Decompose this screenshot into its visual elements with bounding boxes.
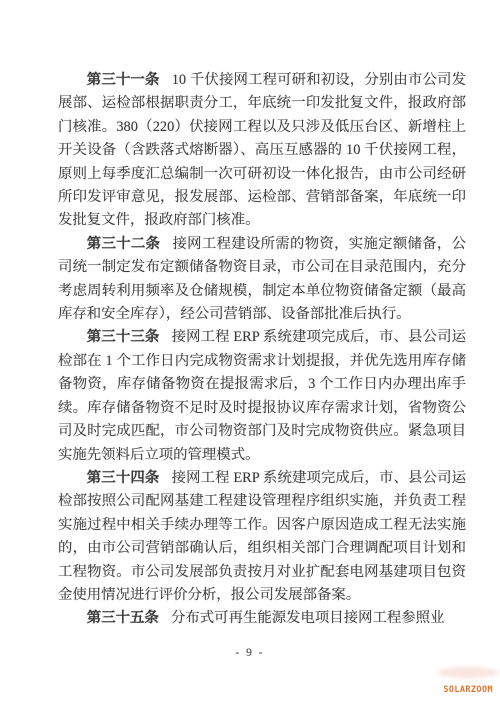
- article-paragraph-33: 第三十三条接网工程 ERP 系统建项完成后，市、县公司运检部在 1 个工作日内完…: [58, 326, 466, 466]
- article-text: 10 千伏接网工程可研和初设，分别由市公司发展部、运检部根据职责分工，年底统一印…: [58, 72, 466, 228]
- solarzoom-watermark: SOLARZOOM: [443, 685, 493, 695]
- article-paragraph-34: 第三十四条接网工程 ERP 系统建项完成后，市、县公司运检部按照公司配网基建工程…: [58, 467, 466, 607]
- article-paragraph-35: 第三十五条分布式可再生能源发电项目接网工程参照业: [58, 607, 466, 630]
- article-paragraph-32: 第三十二条接网工程建设所需的物资，实施定额储备，公司统一制定发布定额储备物资目录…: [58, 233, 466, 327]
- scan-artifact: [437, 667, 499, 678]
- document-page: 第三十一条10 千伏接网工程可研和初设，分别由市公司发展部、运检部根据职责分工，…: [0, 0, 500, 706]
- article-text: 接网工程 ERP 系统建项完成后，市、县公司运检部在 1 个工作日内完成物资需求…: [58, 329, 466, 462]
- article-text: 分布式可再生能源发电项目接网工程参照业: [171, 610, 444, 626]
- document-body: 第三十一条10 千伏接网工程可研和初设，分别由市公司发展部、运检部根据职责分工，…: [58, 69, 466, 631]
- article-number: 第三十五条: [87, 610, 159, 626]
- article-number: 第三十三条: [87, 329, 160, 345]
- article-number: 第三十四条: [87, 470, 160, 486]
- article-paragraph-31: 第三十一条10 千伏接网工程可研和初设，分别由市公司发展部、运检部根据职责分工，…: [58, 69, 466, 233]
- article-text: 接网工程 ERP 系统建项完成后，市、县公司运检部按照公司配网基建工程建设管理程…: [58, 470, 466, 603]
- article-number: 第三十二条: [87, 236, 160, 252]
- page-number: - 9 -: [0, 647, 500, 659]
- article-number: 第三十一条: [87, 72, 160, 88]
